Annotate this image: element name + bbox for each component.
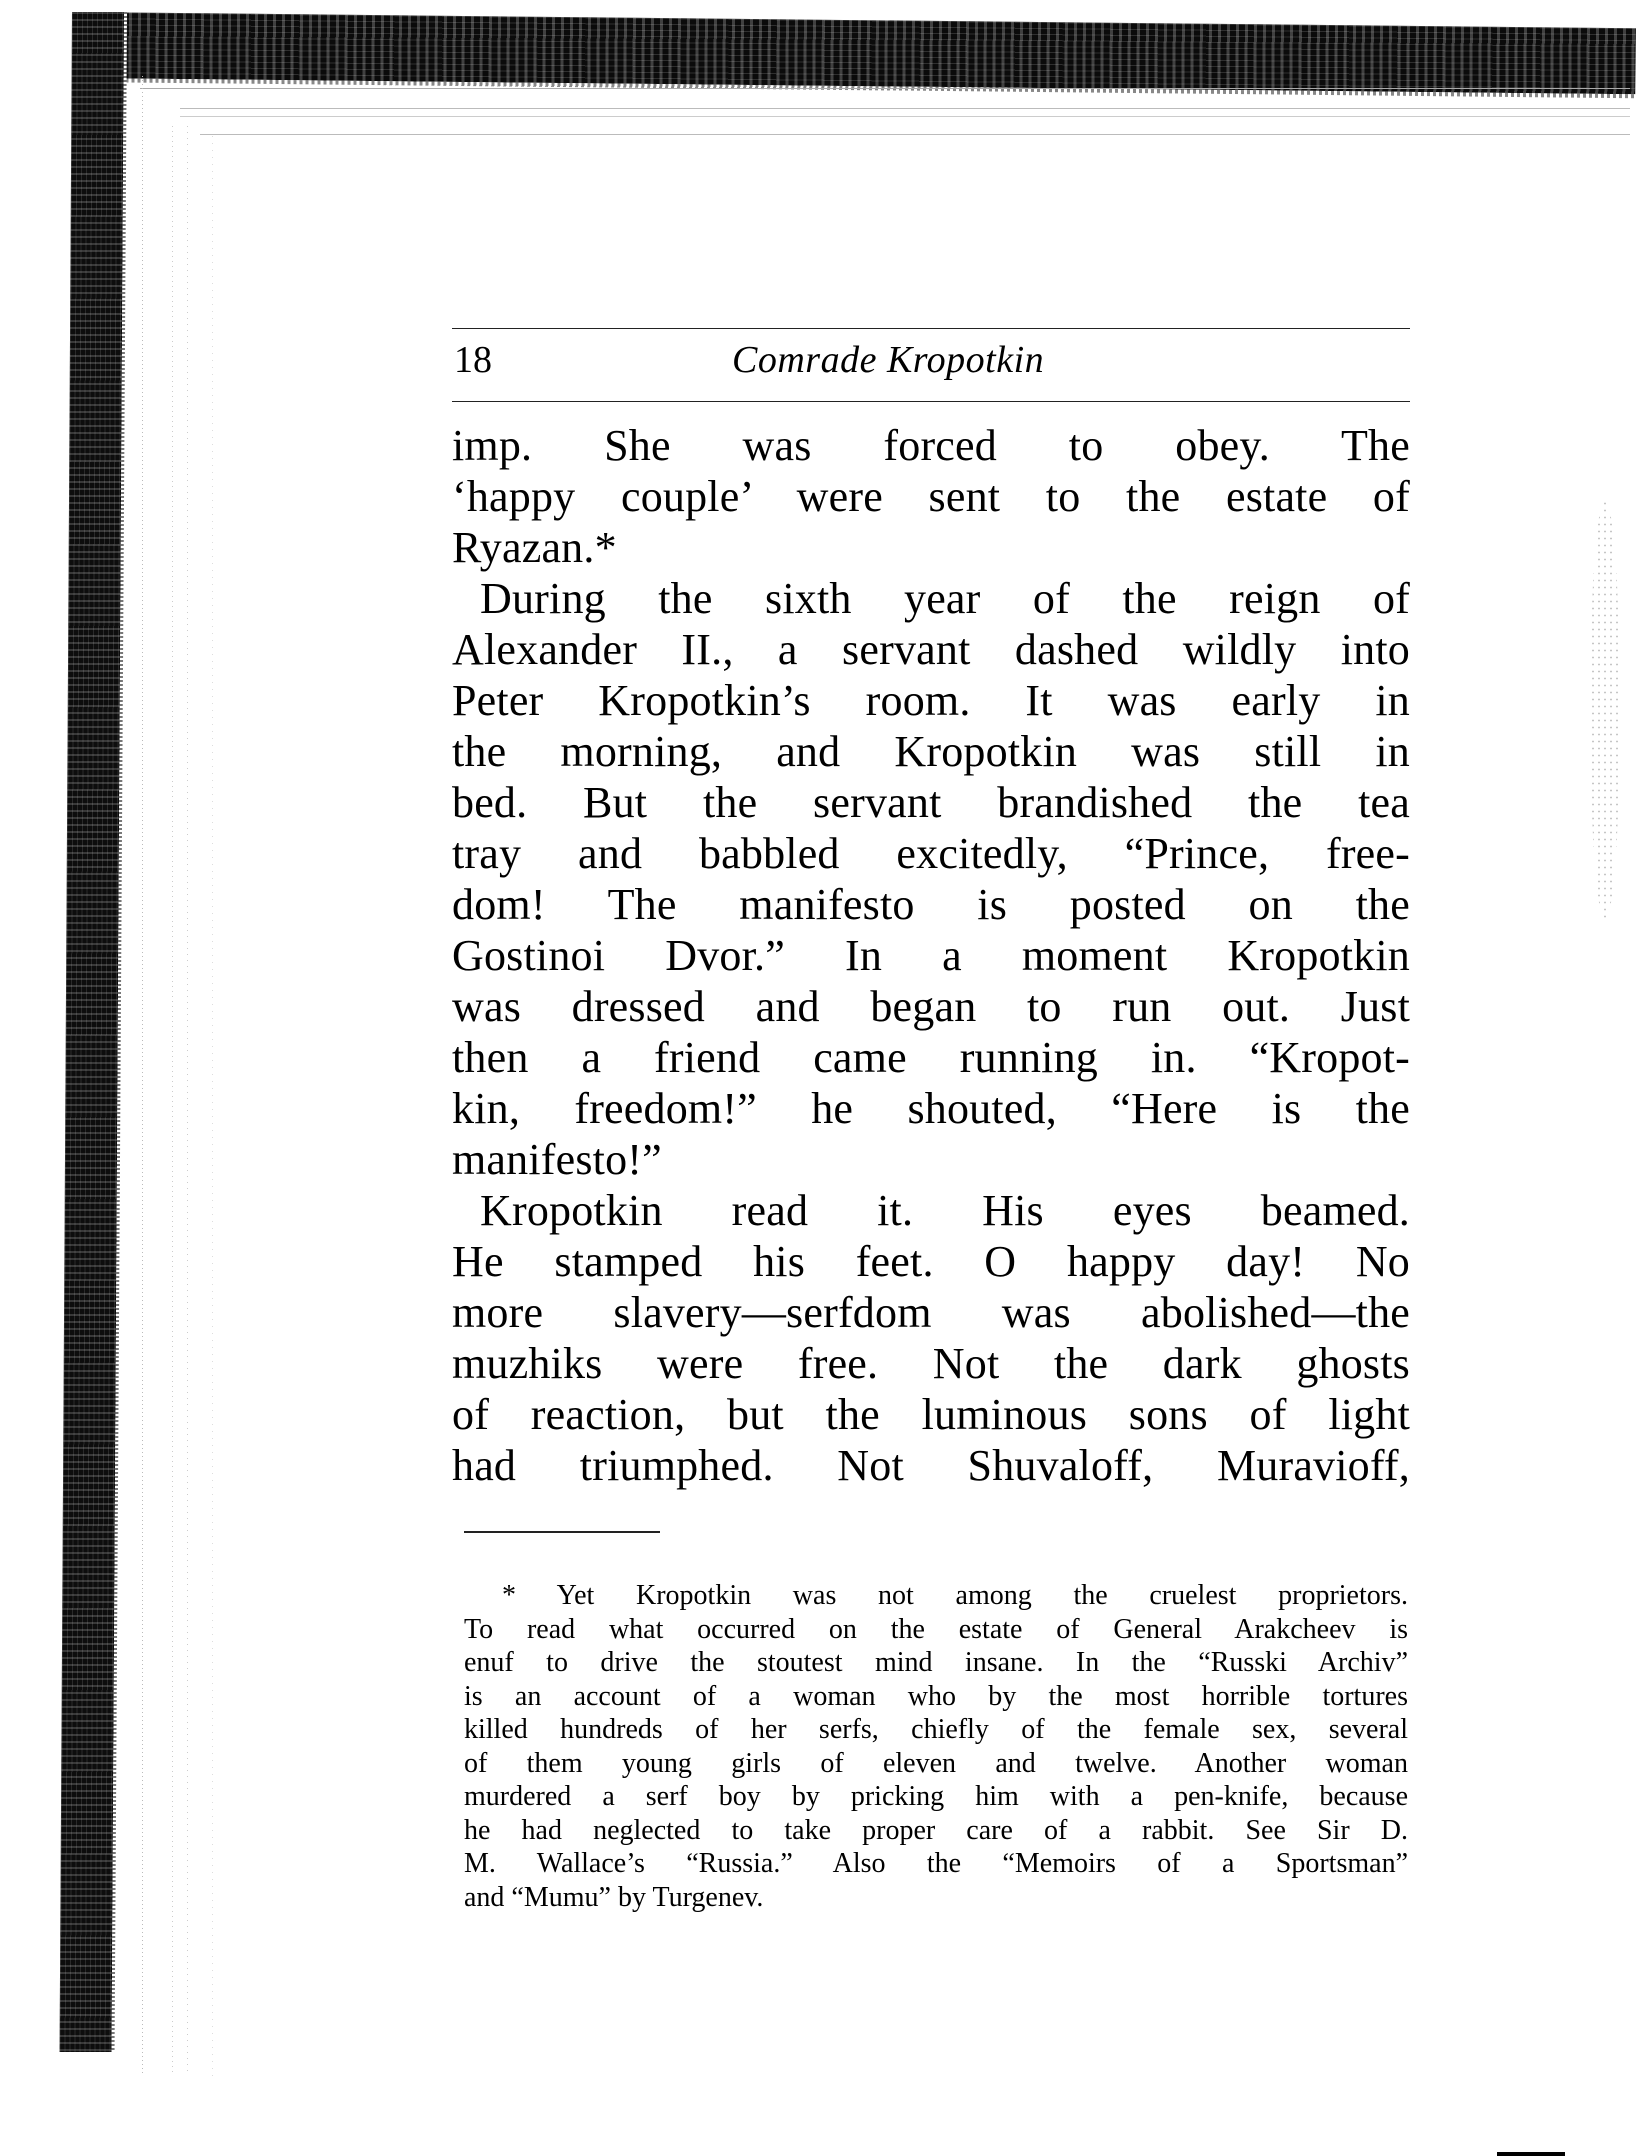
body-line: kin, freedom!” he shouted, “Here is the xyxy=(452,1083,1410,1134)
body-line: During the sixth year of the reign of xyxy=(452,573,1410,624)
footnote-line: he had neglected to take proper care of … xyxy=(464,1814,1408,1848)
body-line: tray and babbled excitedly, “Prince, fre… xyxy=(452,828,1410,879)
footnote-divider xyxy=(464,1531,660,1533)
page-number: 18 xyxy=(454,341,492,379)
footnote-line: To read what occurred on the estate of G… xyxy=(464,1613,1408,1647)
body-line: Peter Kropotkin’s room. It was early in xyxy=(452,675,1410,726)
body-line: imp. She was forced to obey. The xyxy=(452,420,1410,471)
body-line: muzhiks were free. Not the dark ghosts xyxy=(452,1338,1410,1389)
body-line: Ryazan.* xyxy=(452,522,1410,573)
body-line: was dressed and began to run out. Just xyxy=(452,981,1410,1032)
footnote-line: murdered a serf boy by pricking him with… xyxy=(464,1780,1408,1814)
running-head: 18 Comrade Kropotkin xyxy=(452,328,1410,402)
body-line: had triumphed. Not Shuvaloff, Muravioff, xyxy=(452,1440,1410,1491)
body-line: Alexander II., a servant dashed wildly i… xyxy=(452,624,1410,675)
body-line: manifesto!” xyxy=(452,1134,1410,1185)
running-title: Comrade Kropotkin xyxy=(732,341,1044,379)
body-line: He stamped his feet. O happy day! No xyxy=(452,1236,1410,1287)
body-text: imp. She was forced to obey. The ‘happy … xyxy=(452,420,1410,1491)
body-line: Gostinoi Dvor.” In a moment Kropotkin xyxy=(452,930,1410,981)
body-line: ‘happy couple’ were sent to the estate o… xyxy=(452,471,1410,522)
footnote-line: * Yet Kropotkin was not among the cruele… xyxy=(464,1579,1408,1613)
scan-mark-bottom xyxy=(1497,2152,1565,2156)
footnote: * Yet Kropotkin was not among the cruele… xyxy=(452,1579,1408,1914)
body-line: dom! The manifesto is posted on the xyxy=(452,879,1410,930)
body-line: Kropotkin read it. His eyes beamed. xyxy=(452,1185,1410,1236)
footnote-line: is an account of a woman who by the most… xyxy=(464,1680,1408,1714)
body-line: bed. But the servant brandished the tea xyxy=(452,777,1410,828)
body-line: the morning, and Kropotkin was still in xyxy=(452,726,1410,777)
page-edge-lines-left xyxy=(132,76,232,2076)
footnote-line: of them young girls of eleven and twelve… xyxy=(464,1747,1408,1781)
book-cover-spine-edge xyxy=(60,12,124,2052)
page-edge-lines-top xyxy=(140,86,1630,142)
scan-noise-right xyxy=(1590,500,1620,920)
page-text-block: 18 Comrade Kropotkin imp. She was forced… xyxy=(452,328,1410,1914)
body-line: more slavery—serfdom was abolished—the xyxy=(452,1287,1410,1338)
footnote-line: enuf to drive the stoutest mind insane. … xyxy=(464,1646,1408,1680)
footnote-line: killed hundreds of her serfs, chiefly of… xyxy=(464,1713,1408,1747)
book-cover-top-edge xyxy=(83,12,1636,94)
footnote-line: and “Mumu” by Turgenev. xyxy=(464,1881,1408,1915)
footnote-line: M. Wallace’s “Russia.” Also the “Memoirs… xyxy=(464,1847,1408,1881)
body-line: then a friend came running in. “Kropot- xyxy=(452,1032,1410,1083)
body-line: of reaction, but the luminous sons of li… xyxy=(452,1389,1410,1440)
